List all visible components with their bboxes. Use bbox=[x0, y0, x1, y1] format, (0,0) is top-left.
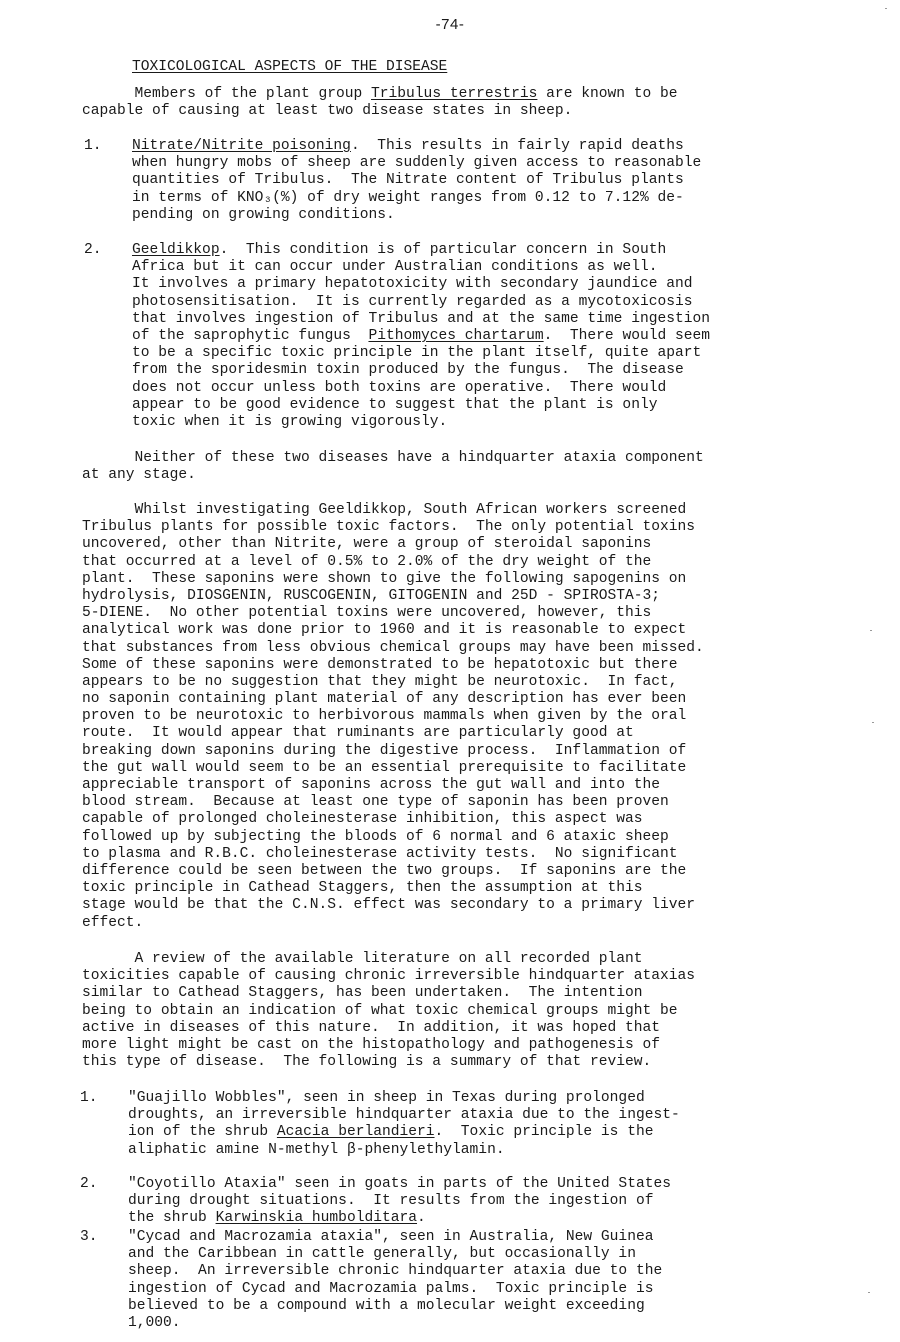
text-line: that involves ingestion of Tribulus and … bbox=[132, 311, 710, 328]
underlined-term: Karwinskia humbolditara bbox=[216, 1210, 417, 1226]
text-line: the shrub Karwinskia humbolditara. bbox=[128, 1210, 671, 1227]
underlined-term: Geeldikkop bbox=[132, 242, 220, 258]
text-line: uncovered, other than Nitrite, were a gr… bbox=[82, 536, 704, 553]
paragraph-literature-review: A review of the available literature on … bbox=[82, 951, 695, 1071]
scan-artifact bbox=[885, 8, 887, 9]
text-line: appears to be no suggestion that they mi… bbox=[82, 674, 704, 691]
text-line: that occurred at a level of 0.5% to 2.0%… bbox=[82, 554, 704, 571]
underlined-term: Acacia berlandieri bbox=[277, 1124, 435, 1140]
text-line: breaking down saponins during the digest… bbox=[82, 743, 704, 760]
list-number: 1. bbox=[80, 1090, 98, 1107]
text-line: "Cycad and Macrozamia ataxia", seen in A… bbox=[128, 1229, 662, 1246]
list-number: 2. bbox=[84, 242, 102, 259]
list-item-nitrate-poisoning: Nitrate/Nitrite poisoning. This results … bbox=[132, 138, 701, 224]
document-page: -74- TOXICOLOGICAL ASPECTS OF THE DISEAS… bbox=[0, 0, 900, 1342]
text-line: Members of the plant group Tribulus terr… bbox=[82, 86, 678, 103]
text-line: ingestion of Cycad and Macrozamia palms.… bbox=[128, 1281, 662, 1298]
text-line: does not occur unless both toxins are op… bbox=[132, 380, 710, 397]
text-line: capable of causing at least two disease … bbox=[82, 103, 678, 120]
text-line: droughts, an irreversible hindquarter at… bbox=[128, 1107, 680, 1124]
underlined-term: Nitrate/Nitrite poisoning bbox=[132, 138, 351, 154]
text-line: A review of the available literature on … bbox=[82, 951, 695, 968]
scan-artifact bbox=[870, 630, 872, 631]
text-line: Africa but it can occur under Australian… bbox=[132, 259, 710, 276]
text-line: that substances from less obvious chemic… bbox=[82, 640, 704, 657]
text-line: to be a specific toxic principle in the … bbox=[132, 345, 710, 362]
text-line: and the Caribbean in cattle generally, b… bbox=[128, 1246, 662, 1263]
text-line: Nitrate/Nitrite poisoning. This results … bbox=[132, 138, 701, 155]
text-line: "Guajillo Wobbles", seen in sheep in Tex… bbox=[128, 1090, 680, 1107]
list-number: 1. bbox=[84, 138, 102, 155]
text-line: during drought situations. It results fr… bbox=[128, 1193, 671, 1210]
text-line: 1,000. bbox=[128, 1315, 662, 1332]
section-heading: TOXICOLOGICAL ASPECTS OF THE DISEASE bbox=[132, 59, 447, 76]
page-number: -74- bbox=[0, 16, 900, 33]
underlined-term: Tribulus terrestris bbox=[371, 86, 537, 102]
text-line: toxic when it is growing vigorously. bbox=[132, 414, 710, 431]
text-line: photosensitisation. It is currently rega… bbox=[132, 294, 710, 311]
text-line: the gut wall would seem to be an essenti… bbox=[82, 760, 704, 777]
text-line: in terms of KNO₃(%) of dry weight ranges… bbox=[132, 190, 701, 207]
text-line: when hungry mobs of sheep are suddenly g… bbox=[132, 155, 701, 172]
intro-paragraph: Members of the plant group Tribulus terr… bbox=[82, 86, 678, 120]
text-line: no saponin containing plant material of … bbox=[82, 691, 704, 708]
text-line: believed to be a compound with a molecul… bbox=[128, 1298, 662, 1315]
text-line: aliphatic amine N-methyl β-phenylethylam… bbox=[128, 1142, 680, 1159]
text-line: similar to Cathead Staggers, has been un… bbox=[82, 985, 695, 1002]
text-line: this type of disease. The following is a… bbox=[82, 1054, 695, 1071]
scan-artifact bbox=[872, 722, 874, 723]
text-line: Whilst investigating Geeldikkop, South A… bbox=[82, 502, 704, 519]
text-line: toxic principle in Cathead Staggers, the… bbox=[82, 880, 704, 897]
text-line: capable of prolonged choleinesterase inh… bbox=[82, 811, 704, 828]
text-line: from the sporidesmin toxin produced by t… bbox=[132, 362, 710, 379]
text-line: active in diseases of this nature. In ad… bbox=[82, 1020, 695, 1037]
text-line: sheep. An irreversible chronic hindquart… bbox=[128, 1263, 662, 1280]
text-line: appear to be good evidence to suggest th… bbox=[132, 397, 710, 414]
list-number: 3. bbox=[80, 1229, 98, 1246]
text-line: Tribulus plants for possible toxic facto… bbox=[82, 519, 704, 536]
text-line: difference could be seen between the two… bbox=[82, 863, 704, 880]
paragraph-whilst-investigating: Whilst investigating Geeldikkop, South A… bbox=[82, 502, 704, 932]
paragraph-neither: Neither of these two diseases have a hin… bbox=[82, 450, 704, 484]
text-line: It involves a primary hepatotoxicity wit… bbox=[132, 276, 710, 293]
text-line: analytical work was done prior to 1960 a… bbox=[82, 622, 704, 639]
text-line: stage would be that the C.N.S. effect wa… bbox=[82, 897, 704, 914]
text-line: ion of the shrub Acacia berlandieri. Tox… bbox=[128, 1124, 680, 1141]
text-line: Geeldikkop. This condition is of particu… bbox=[132, 242, 710, 259]
text-line: followed up by subjecting the bloods of … bbox=[82, 829, 704, 846]
text-line: Some of these saponins were demonstrated… bbox=[82, 657, 704, 674]
list-item-cycad-macrozamia-ataxia: "Cycad and Macrozamia ataxia", seen in A… bbox=[128, 1229, 662, 1332]
text-line: 5-DIENE. No other potential toxins were … bbox=[82, 605, 704, 622]
list-number: 2. bbox=[80, 1176, 98, 1193]
scan-artifact bbox=[868, 1292, 870, 1293]
text-line: appreciable transport of saponins across… bbox=[82, 777, 704, 794]
text-line: blood stream. Because at least one type … bbox=[82, 794, 704, 811]
text-line: to plasma and R.B.C. choleinesterase act… bbox=[82, 846, 704, 863]
text-line: toxicities capable of causing chronic ir… bbox=[82, 968, 695, 985]
underlined-term: Pithomyces chartarum bbox=[368, 328, 543, 344]
text-line: effect. bbox=[82, 915, 704, 932]
text-line: pending on growing conditions. bbox=[132, 207, 701, 224]
list-item-guajillo-wobbles: "Guajillo Wobbles", seen in sheep in Tex… bbox=[128, 1090, 680, 1159]
text-line: at any stage. bbox=[82, 467, 704, 484]
list-item-geeldikkop: Geeldikkop. This condition is of particu… bbox=[132, 242, 710, 431]
text-line: proven to be neurotoxic to herbivorous m… bbox=[82, 708, 704, 725]
text-line: Neither of these two diseases have a hin… bbox=[82, 450, 704, 467]
text-line: hydrolysis, DIOSGENIN, RUSCOGENIN, GITOG… bbox=[82, 588, 704, 605]
text-line: route. It would appear that ruminants ar… bbox=[82, 725, 704, 742]
list-item-coyotillo-ataxia: "Coyotillo Ataxia" seen in goats in part… bbox=[128, 1176, 671, 1228]
text-line: quantities of Tribulus. The Nitrate cont… bbox=[132, 172, 701, 189]
text-line: plant. These saponins were shown to give… bbox=[82, 571, 704, 588]
text-line: of the saprophytic fungus Pithomyces cha… bbox=[132, 328, 710, 345]
text-line: being to obtain an indication of what to… bbox=[82, 1003, 695, 1020]
text-line: more light might be cast on the histopat… bbox=[82, 1037, 695, 1054]
text-line: "Coyotillo Ataxia" seen in goats in part… bbox=[128, 1176, 671, 1193]
